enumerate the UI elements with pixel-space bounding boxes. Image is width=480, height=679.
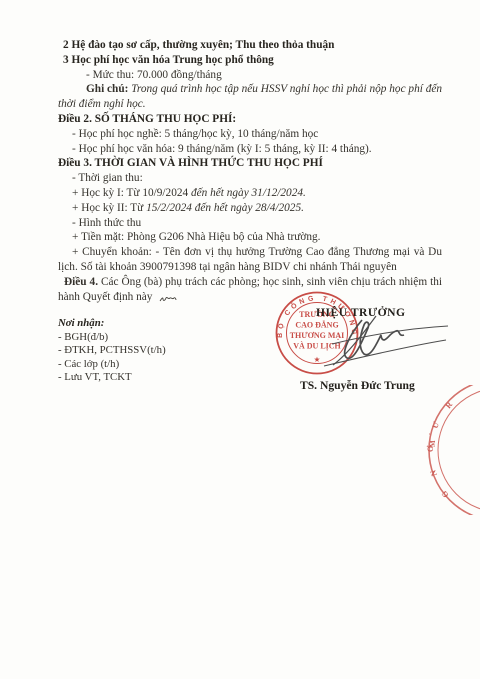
recipient-item: - ĐTKH, PCTHSSV(t/h) [58, 344, 278, 357]
dieu-3-heading: Điều 3. THỜI GIAN VÀ HÌNH THỨC THU HỌC P… [58, 156, 442, 171]
ghi-chu-label: Ghi chú: [86, 83, 128, 95]
list-item-3: 3 Học phí học văn hóa Trung học phổ thôn… [58, 53, 442, 68]
ghi-chu-paragraph: Ghi chú: Trong quá trình học tập nếu HSS… [58, 82, 442, 112]
dieu-2-item-1: - Học phí học nghề: 5 tháng/học kỳ, 10 t… [58, 127, 442, 142]
recipient-item: - Lưu VT, TCKT [58, 371, 278, 384]
muc-thu-line: - Mức thu: 70.000 đồng/tháng [58, 68, 442, 83]
edge-stamp-letter: N [428, 469, 439, 478]
list-item-2: 2 Hệ đào tạo sơ cấp, thường xuyên; Thu t… [58, 38, 442, 53]
handwritten-initials [153, 294, 177, 309]
signature-block: HIỆU TRƯỞNG BỘ CÔNG THƯƠNG TRƯỜNG CAO ĐẲ… [270, 290, 470, 400]
thoi-gian-line: - Thời gian thu: [58, 171, 442, 186]
recipients-heading: Nơi nhận: [58, 317, 278, 330]
hoc-ky-1-dates: đến hết ngày 31/12/2024. [191, 187, 306, 199]
dieu-2-heading: Điều 2. SỐ THÁNG THU HỌC PHÍ: [58, 112, 442, 127]
hoc-ky-1-line: + Học kỳ I: Từ 10/9/2024 đến hết ngày 31… [58, 186, 442, 201]
tien-mat-line: + Tiền mặt: Phòng G206 Nhà Hiệu bộ của N… [58, 230, 442, 245]
edge-stamp-inner-mark: - [427, 433, 433, 435]
hinh-thuc-line: - Hình thức thu [58, 216, 442, 231]
page-edge-stamp: R Ư Ơ N G - M [415, 385, 480, 515]
hoc-ky-2-plain: + Học kỳ II: Từ [72, 202, 146, 214]
recipient-item: - BGH(đ/b) [58, 331, 278, 344]
hoc-ky-2-line: + Học kỳ II: Từ 15/2/2024 đến hết ngày 2… [58, 201, 442, 216]
document-page: 2 Hệ đào tạo sơ cấp, thường xuyên; Thu t… [0, 0, 480, 679]
hoc-ky-1-plain: + Học kỳ I: Từ 10/9/2024 [72, 187, 191, 199]
dieu-4-label: Điều 4. [64, 276, 98, 288]
recipient-item: - Các lớp (t/h) [58, 358, 278, 371]
edge-stamp-inner-mark: M [429, 440, 437, 447]
recipients-block: Nơi nhận: - BGH(đ/b) - ĐTKH, PCTHSSV(t/h… [58, 317, 278, 384]
handwritten-signature [318, 314, 452, 372]
hoc-ky-2-dates: 15/2/2024 đến hết ngày 28/4/2025. [146, 202, 304, 214]
dieu-2-item-2: - Học phí học văn hóa: 9 tháng/năm (kỳ I… [58, 142, 442, 157]
chuyen-khoan-paragraph: + Chuyển khoản: - Tên đơn vị thụ hưởng T… [58, 245, 442, 275]
